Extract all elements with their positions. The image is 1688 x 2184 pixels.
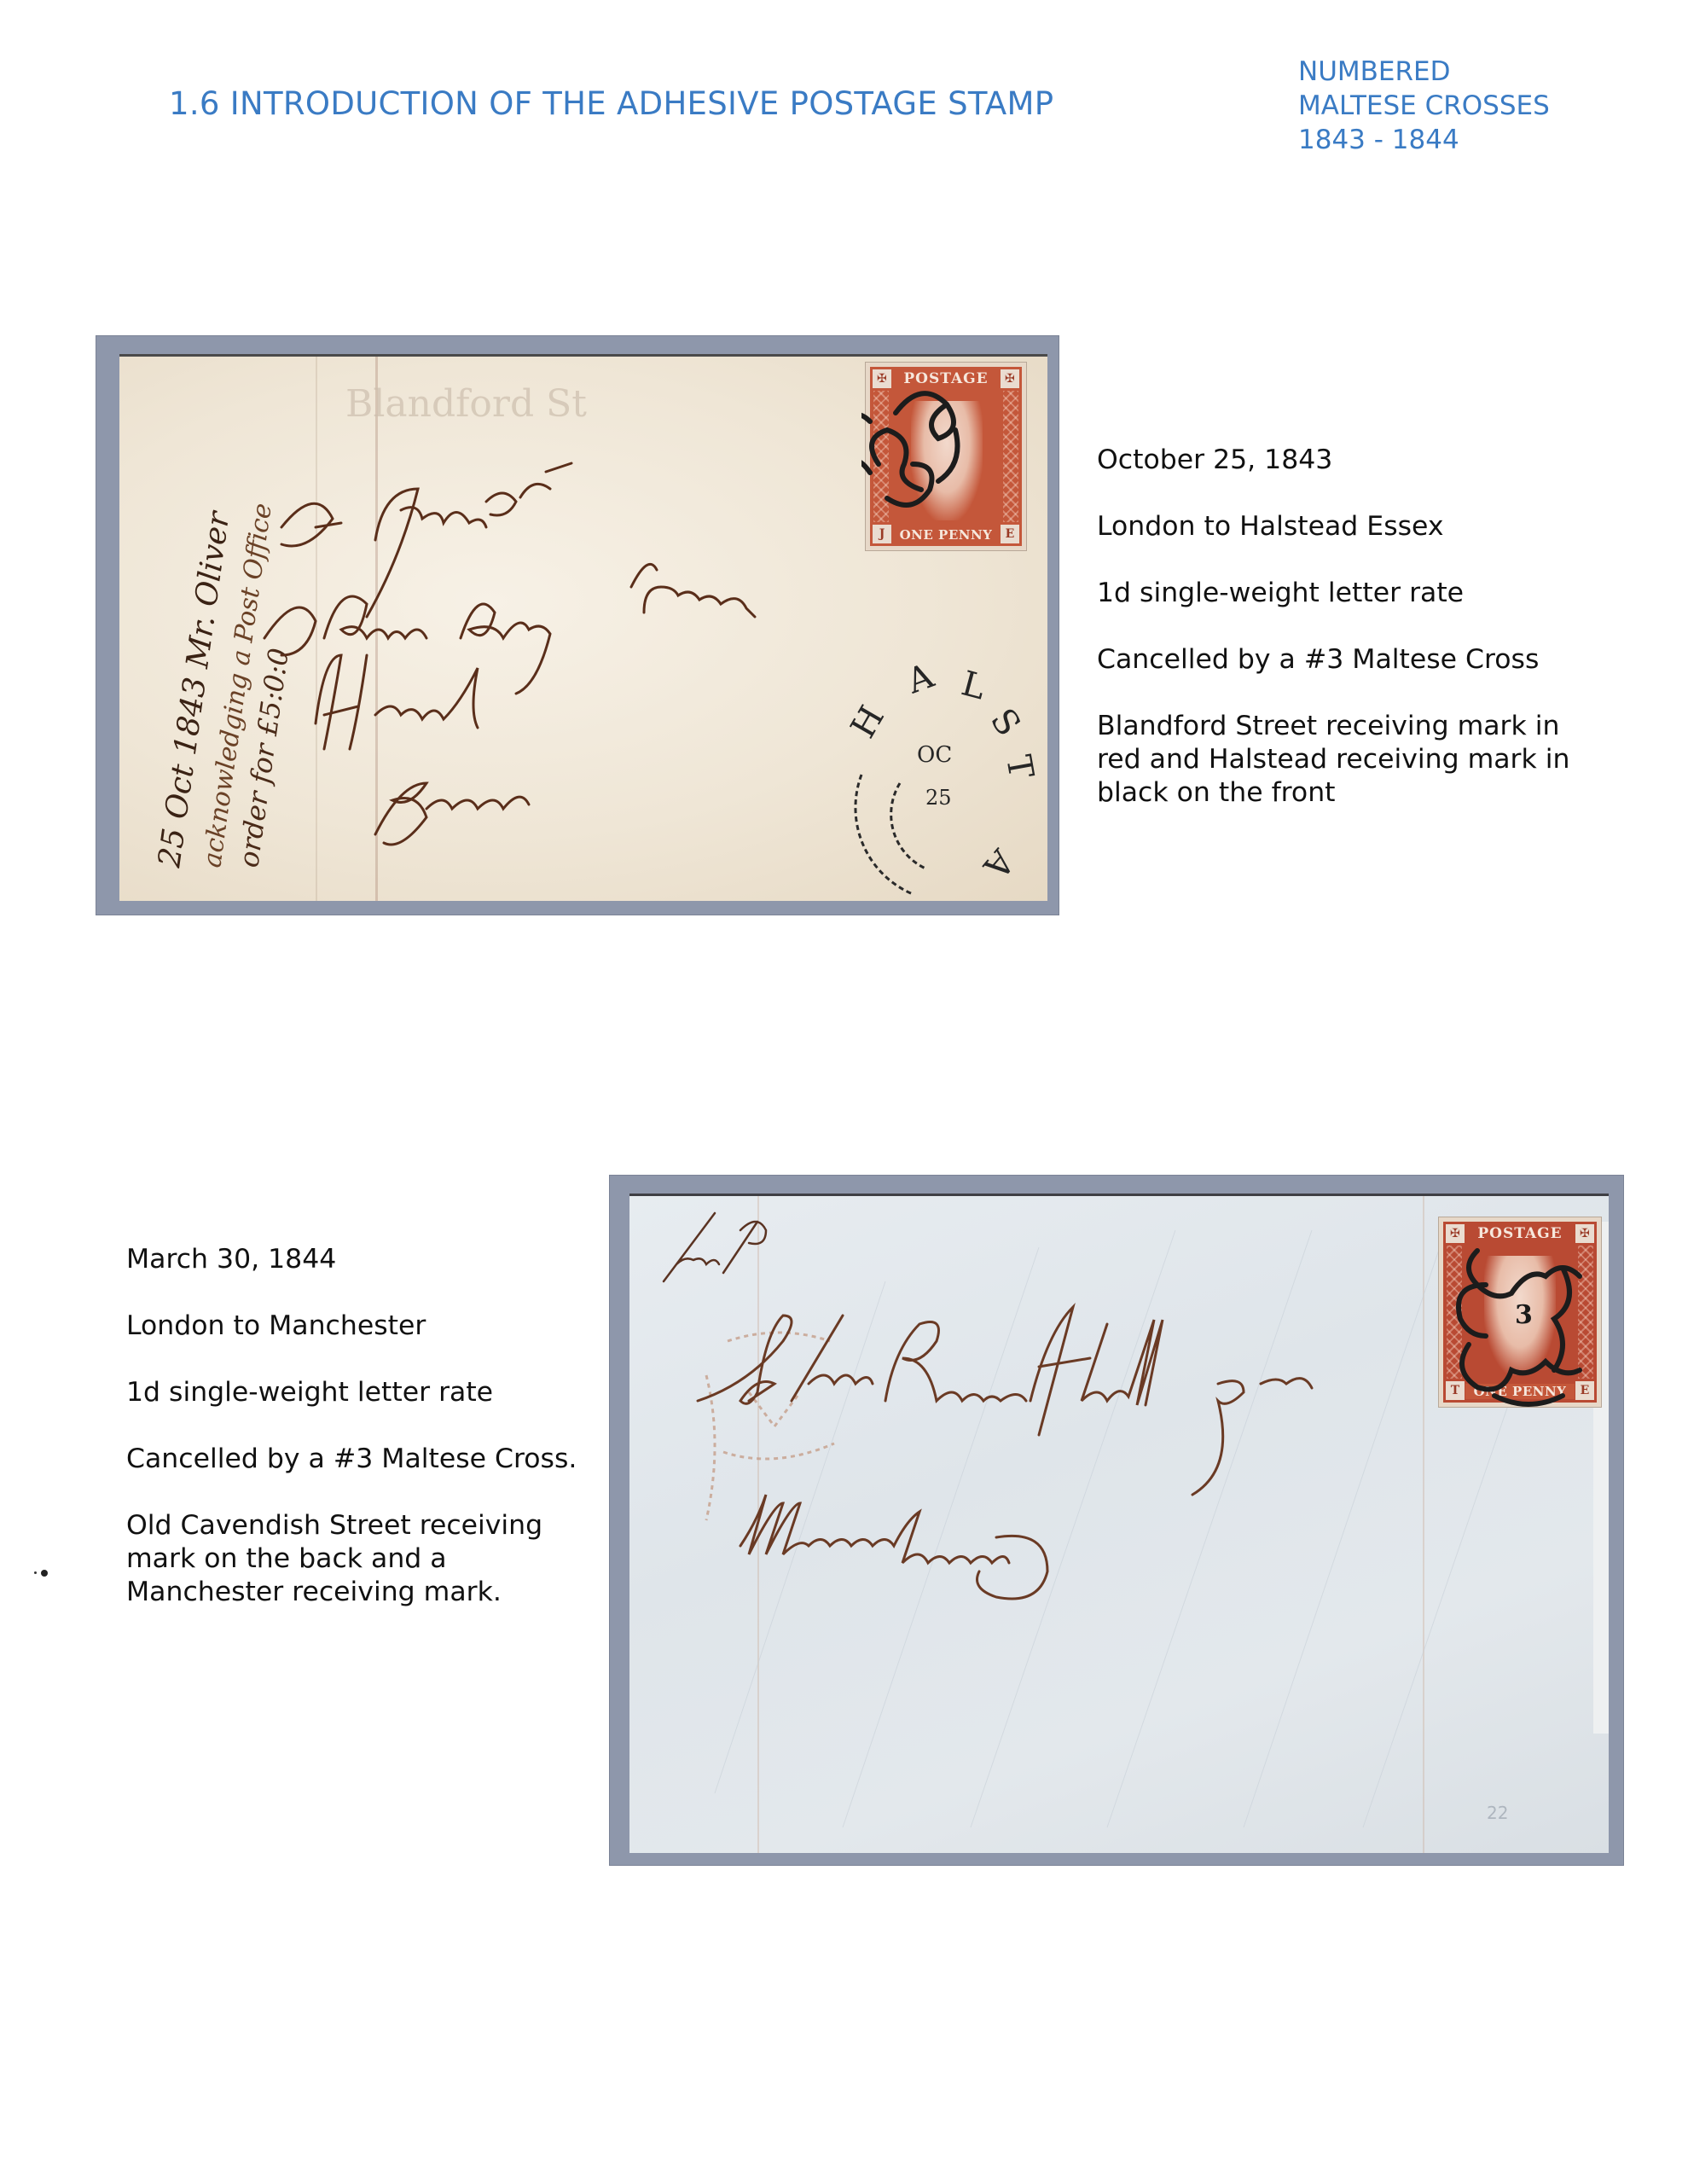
section-label-line: MALTESE CROSSES [1298, 89, 1550, 123]
cover-2-route: London to Manchester [126, 1310, 604, 1343]
cover-1-date: October 25, 1843 [1097, 444, 1575, 477]
cover-2-mount: 22 ✠ ✠ POSTAGE T ONE PENNY E 3 [609, 1175, 1624, 1866]
svg-text:OC: OC [917, 742, 952, 768]
svg-text:T: T [998, 752, 1041, 782]
cover-2-date: March 30, 1844 [126, 1243, 604, 1276]
svg-text:S: S [983, 701, 1028, 743]
cancel-number: 3 [1515, 1300, 1533, 1330]
svg-text:A: A [975, 841, 1022, 886]
cover-1-description: October 25, 1843 London to Halstead Esse… [1097, 444, 1575, 843]
cover-2-stamp: ✠ ✠ POSTAGE T ONE PENNY E 3 [1443, 1222, 1597, 1403]
maltese-cross-cancel-icon [861, 362, 1032, 558]
cover-2-receiving-marks: Old Cavendish Street receiving mark on t… [126, 1509, 604, 1609]
svg-text:H: H [844, 700, 892, 745]
cover-2-cancellation: Cancelled by a #3 Maltese Cross. [126, 1443, 604, 1476]
page-title: 1.6 INTRODUCTION OF THE ADHESIVE POSTAGE… [169, 85, 1053, 122]
cover-2-entire: 22 ✠ ✠ POSTAGE T ONE PENNY E 3 [629, 1194, 1609, 1853]
section-label-line: NUMBERED [1298, 55, 1550, 89]
cover-1-rate: 1d single-weight letter rate [1097, 577, 1575, 610]
cover-1-mount: Blandford St 25 Oct 1843 Mr. Oliver ackn… [96, 335, 1059, 915]
cover-2-rate: 1d single-weight letter rate [126, 1376, 604, 1409]
cover-2-description: March 30, 1844 London to Manchester 1d s… [126, 1243, 604, 1642]
cover-1-stamp: ✠ ✠ POSTAGE J ONE PENNY E [870, 367, 1022, 546]
scan-speck [41, 1570, 48, 1577]
svg-text:22: 22 [1487, 1803, 1508, 1823]
svg-text:L: L [957, 664, 989, 707]
svg-text:Blandford St: Blandford St [345, 382, 587, 426]
svg-text:25: 25 [925, 786, 952, 810]
cover-1-cancellation: Cancelled by a #3 Maltese Cross [1097, 643, 1575, 677]
cover-1-route: London to Halstead Essex [1097, 510, 1575, 543]
cover-1-receiving-marks: Blandford Street receiving mark in red a… [1097, 710, 1575, 810]
section-label: NUMBERED MALTESE CROSSES 1843 - 1844 [1298, 55, 1550, 157]
section-label-line: 1843 - 1844 [1298, 123, 1550, 157]
svg-text:A: A [902, 656, 940, 702]
cover-1-envelope: Blandford St 25 Oct 1843 Mr. Oliver ackn… [119, 354, 1047, 901]
